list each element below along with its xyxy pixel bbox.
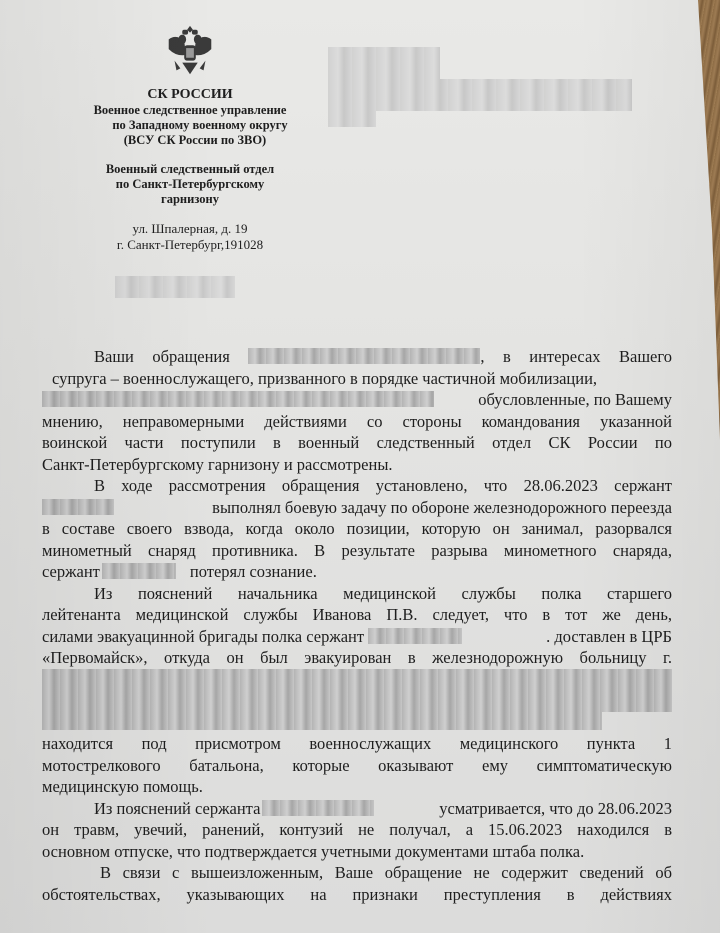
redacted-sergeant-name: [42, 499, 114, 515]
redacted-outgoing-number: [115, 276, 235, 298]
p4-line-1: Из пояснений сержанта усматривается, что…: [42, 798, 672, 820]
p4-line-2: он травм, увечий, ранений, контузий не п…: [42, 819, 672, 841]
p2-line-2: выполнял боевую задачу по обороне железн…: [42, 497, 672, 519]
redacted-sergeant-name: [368, 628, 462, 644]
redacted-recipient-line-3: [328, 111, 376, 127]
redacted-recipient-line-2: [328, 79, 632, 111]
redacted-hospital-details: [42, 669, 672, 691]
directorate-line-2: по Западному военному округу: [60, 118, 320, 133]
p2-line-3: в составе своего взвода, когда около поз…: [42, 518, 672, 540]
p3-line-8: находится под присмотром военнослужащих …: [42, 733, 672, 755]
p3-redacted-line-5: [42, 669, 672, 691]
p2-line-5: сержантпотерял сознание.: [42, 561, 672, 583]
p3-line-2: лейтенанта медицинской службы Иванова П.…: [42, 604, 672, 626]
directorate-line-1: Военное следственное управление: [60, 103, 320, 118]
russian-coat-of-arms-icon: [161, 22, 219, 80]
department-line-1: Военный следственный отдел: [60, 162, 320, 177]
p1-line-3: обусловленные, по Вашему: [42, 389, 672, 411]
redacted-spouse-name-unit: [42, 391, 434, 407]
p3-line-10: медицинскую помощь.: [42, 776, 672, 798]
redacted-sergeant-name: [102, 563, 176, 579]
p5-line-2: обстоятельствах, указывающих на признаки…: [42, 884, 672, 906]
address-street: ул. Шпалерная, д. 19: [60, 221, 320, 237]
p2-line-1: В ходе рассмотрения обращения установлен…: [42, 475, 672, 497]
letterhead: СК РОССИИ Военное следственное управлени…: [60, 86, 320, 253]
directorate-line-3: (ВСУ СК России по ЗВО): [60, 133, 320, 148]
p1-line-2: супруга – военнослужащего, призванного в…: [42, 368, 672, 390]
p1-line-1: Ваши обращения , в интересах Вашего: [42, 346, 672, 368]
p5-line-1: В связи с вышеизложенным, Ваше обращение…: [42, 862, 672, 884]
redacted-appeal-numbers: [248, 348, 480, 364]
p1-line-4: мнению, неправомерными действиями со сто…: [42, 411, 672, 433]
letter-page: СК РОССИИ Военное следственное управлени…: [0, 0, 720, 933]
address-city: г. Санкт-Петербург,191028: [60, 237, 320, 253]
redacted-hospital-details: [42, 690, 672, 712]
letter-body: Ваши обращения , в интересах Вашего супр…: [42, 346, 672, 905]
p3-line-9: мотострелкового батальона, которые оказы…: [42, 755, 672, 777]
p3-line-3: силами эвакуацинной бригады полка сержан…: [42, 626, 672, 648]
redacted-hospital-details: [42, 712, 602, 730]
p3-line-4: «Первомайск», откуда он был эвакуирован …: [42, 647, 672, 669]
p1-line-6: Санкт-Петербургскому гарнизону и рассмот…: [42, 454, 672, 476]
department-line-2: по Санкт-Петербургскому: [60, 177, 320, 192]
p2-line-4: минометный снаряд противника. В результа…: [42, 540, 672, 562]
p1-line-5: воинской части поступили в военный следс…: [42, 432, 672, 454]
p3-redacted-line-6: [42, 690, 672, 712]
p4-line-3: основном отпуске, что подтверждается уче…: [42, 841, 672, 863]
redacted-recipient-line-1: [328, 47, 440, 79]
p3-redacted-line-7: [42, 712, 672, 734]
department-line-3: гарнизону: [60, 192, 320, 207]
redacted-sergeant-name: [262, 800, 374, 816]
p3-line-1: Из пояснений начальника медицинской служ…: [42, 583, 672, 605]
agency-name: СК РОССИИ: [60, 86, 320, 103]
